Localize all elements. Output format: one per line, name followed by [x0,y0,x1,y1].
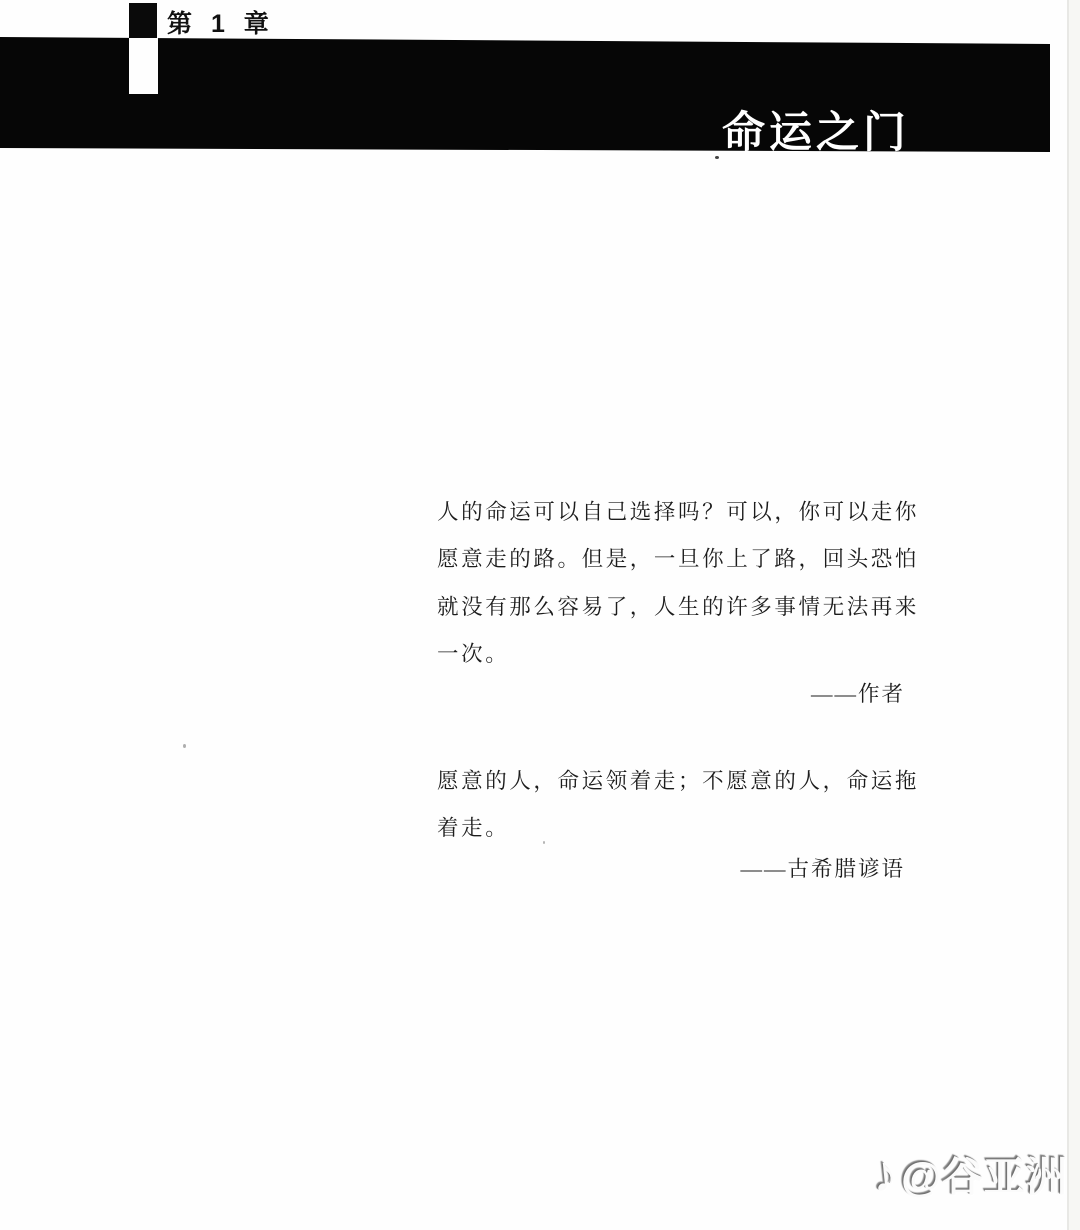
page-edge-line [1067,0,1069,1230]
quote-1-line-2: 愿意走的路。但是，一旦你上了路，回头恐怕 [437,536,907,583]
band-white-notch [129,38,158,94]
watermark-handle: @谷亚洲 [901,1144,1068,1203]
quote-1-line-1: 人的命运可以自己选择吗？可以，你可以走你 [437,489,907,536]
chapter-marker-square [129,3,157,38]
watermark: ♪ @谷亚洲 [872,1144,1068,1203]
quote-1-line-4: 一次。 [437,631,907,678]
quote-1-attribution: ——作者 [437,674,907,714]
quote-1-line-3: 就没有那么容易了，人生的许多事情无法再来 [437,584,907,631]
douyin-note-icon: ♪ [869,1147,899,1199]
scan-speck [715,156,719,159]
quote-2-line-1: 愿意的人，命运领着走；不愿意的人，命运拖 [437,758,907,805]
quote-block: 人的命运可以自己选择吗？可以，你可以走你 愿意走的路。但是，一旦你上了路，回头恐… [437,489,907,889]
quote-2-line-2: 着走。 [437,805,907,852]
chapter-title: 命运之门 [722,99,910,160]
page-edge-strip [1069,0,1080,1230]
chapter-label: 第 1 章 [167,4,275,40]
quote-gap [437,714,907,758]
quote-2-attribution: ——古希腊谚语 [437,849,907,889]
scan-speck [543,841,545,844]
book-page: 第 1 章 命运之门 人的命运可以自己选择吗？可以，你可以走你 愿意走的路。但是… [0,0,1080,1230]
scan-speck [183,744,186,748]
